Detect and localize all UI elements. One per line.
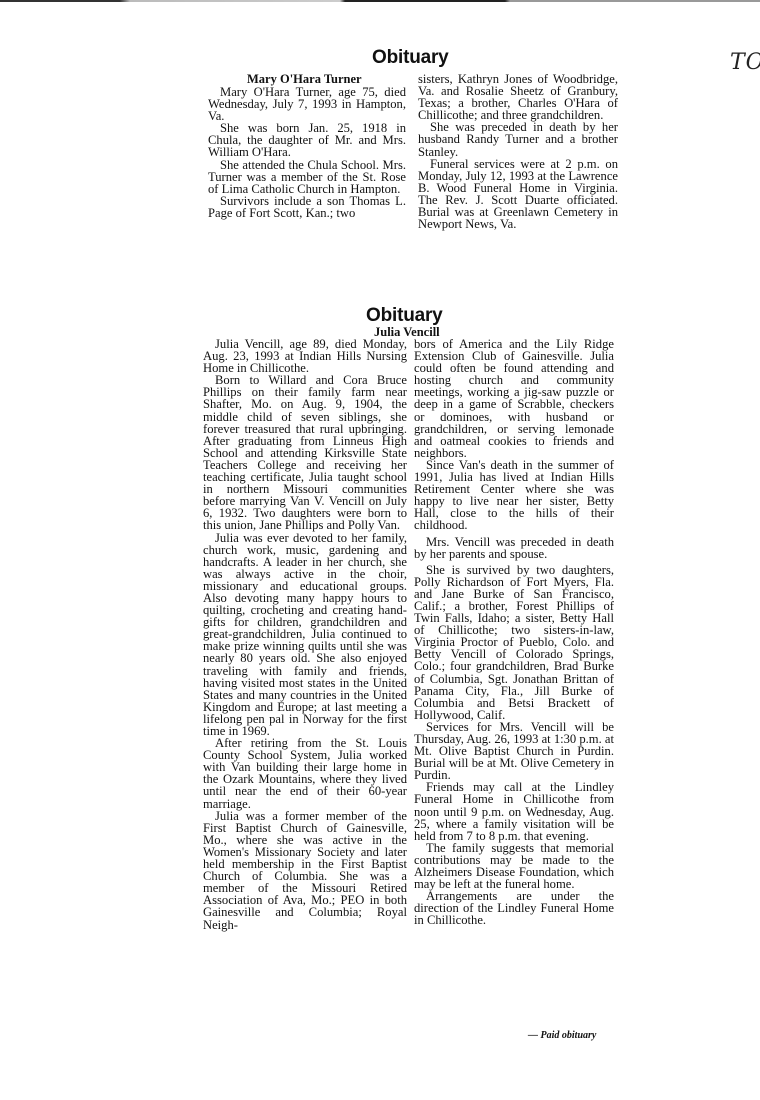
paragraph: sisters, Kathryn Jones of Woodbridge, Va… <box>418 73 618 121</box>
paragraph: bors of America and the Lily Ridge Exten… <box>414 338 614 459</box>
paragraph: Survivors include a son Thomas L. Page o… <box>208 195 406 219</box>
paragraph: Since Van's death in the summer of 1991,… <box>414 459 614 532</box>
scan-top-edge-rule <box>0 0 760 2</box>
paragraph: Julia was ever devoted to her family, ch… <box>203 532 407 738</box>
paragraph: Friends may call at the Lindley Funeral … <box>414 781 614 841</box>
paragraph: The family suggests that memorial contri… <box>414 842 614 890</box>
obituary-left-column: Mary O'Hara Turner, age 75, died Wednesd… <box>208 86 406 219</box>
obituary-right-column: bors of America and the Lily Ridge Exten… <box>414 338 614 927</box>
paragraph: Mary O'Hara Turner, age 75, died Wednesd… <box>208 86 406 122</box>
paragraph: Mrs. Vencill was preceded in death by he… <box>414 536 614 560</box>
obituary-left-column: Julia Vencill, age 89, died Monday, Aug.… <box>203 338 407 931</box>
obituary-right-column: sisters, Kathryn Jones of Woodbridge, Va… <box>418 73 618 230</box>
paid-obituary-signoff: — Paid obituary <box>528 1030 596 1041</box>
paragraph: Services for Mrs. Vencill will be Thursd… <box>414 721 614 781</box>
obituary-name-heading: Mary O'Hara Turner <box>247 73 362 86</box>
paragraph: She is survived by two daughters, Polly … <box>414 564 614 721</box>
paragraph: Arrangements are under the direction of … <box>414 890 614 926</box>
paragraph: She was preceded in death by her husband… <box>418 121 618 157</box>
paragraph: Julia was a former member of the First B… <box>203 810 407 931</box>
obituary-masthead: Obituary <box>372 48 449 67</box>
paragraph: Julia Vencill, age 89, died Monday, Aug.… <box>203 338 407 374</box>
handwritten-annotation: TO <box>730 50 760 75</box>
paragraph: She attended the Chula School. Mrs. Turn… <box>208 159 406 195</box>
paragraph: After retiring from the St. Louis County… <box>203 737 407 810</box>
paragraph: Funeral services were at 2 p.m. on Monda… <box>418 158 618 231</box>
paragraph: Born to Willard and Cora Bruce Phillips … <box>203 374 407 531</box>
obituary-masthead: Obituary <box>366 306 443 325</box>
paragraph: She was born Jan. 25, 1918 in Chula, the… <box>208 122 406 158</box>
